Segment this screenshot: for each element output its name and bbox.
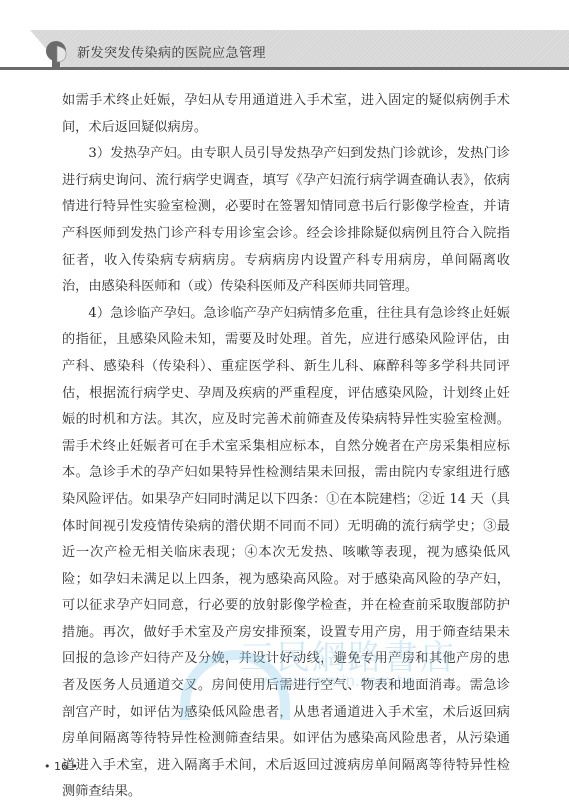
running-header: 新发突发传染病的医院应急管理 xyxy=(0,30,569,70)
masked-head-icon xyxy=(45,40,67,70)
header-rule xyxy=(0,67,569,70)
paragraph: 3）发热孕产妇。由专职人员引导发热孕产妇到发热门诊就诊，发热门诊进行病史询问、流… xyxy=(62,141,510,301)
paragraph: 如需手术终止妊娠，孕妇从专用通道进入手术室，进入固定的疑似病例手术间，术后返回疑… xyxy=(62,88,510,141)
paragraph: 4）急诊临产孕妇。急诊临产孕产妇病情多危重，往往具有急诊终止妊娠的指征，且感染风… xyxy=(62,301,510,800)
body-text: 如需手术终止妊娠，孕妇从专用通道进入手术室，进入固定的疑似病例手术间，术后返回疑… xyxy=(62,88,510,800)
header-title: 新发突发传染病的医院应急管理 xyxy=(77,42,266,61)
page-number: • 16 • xyxy=(44,760,78,773)
